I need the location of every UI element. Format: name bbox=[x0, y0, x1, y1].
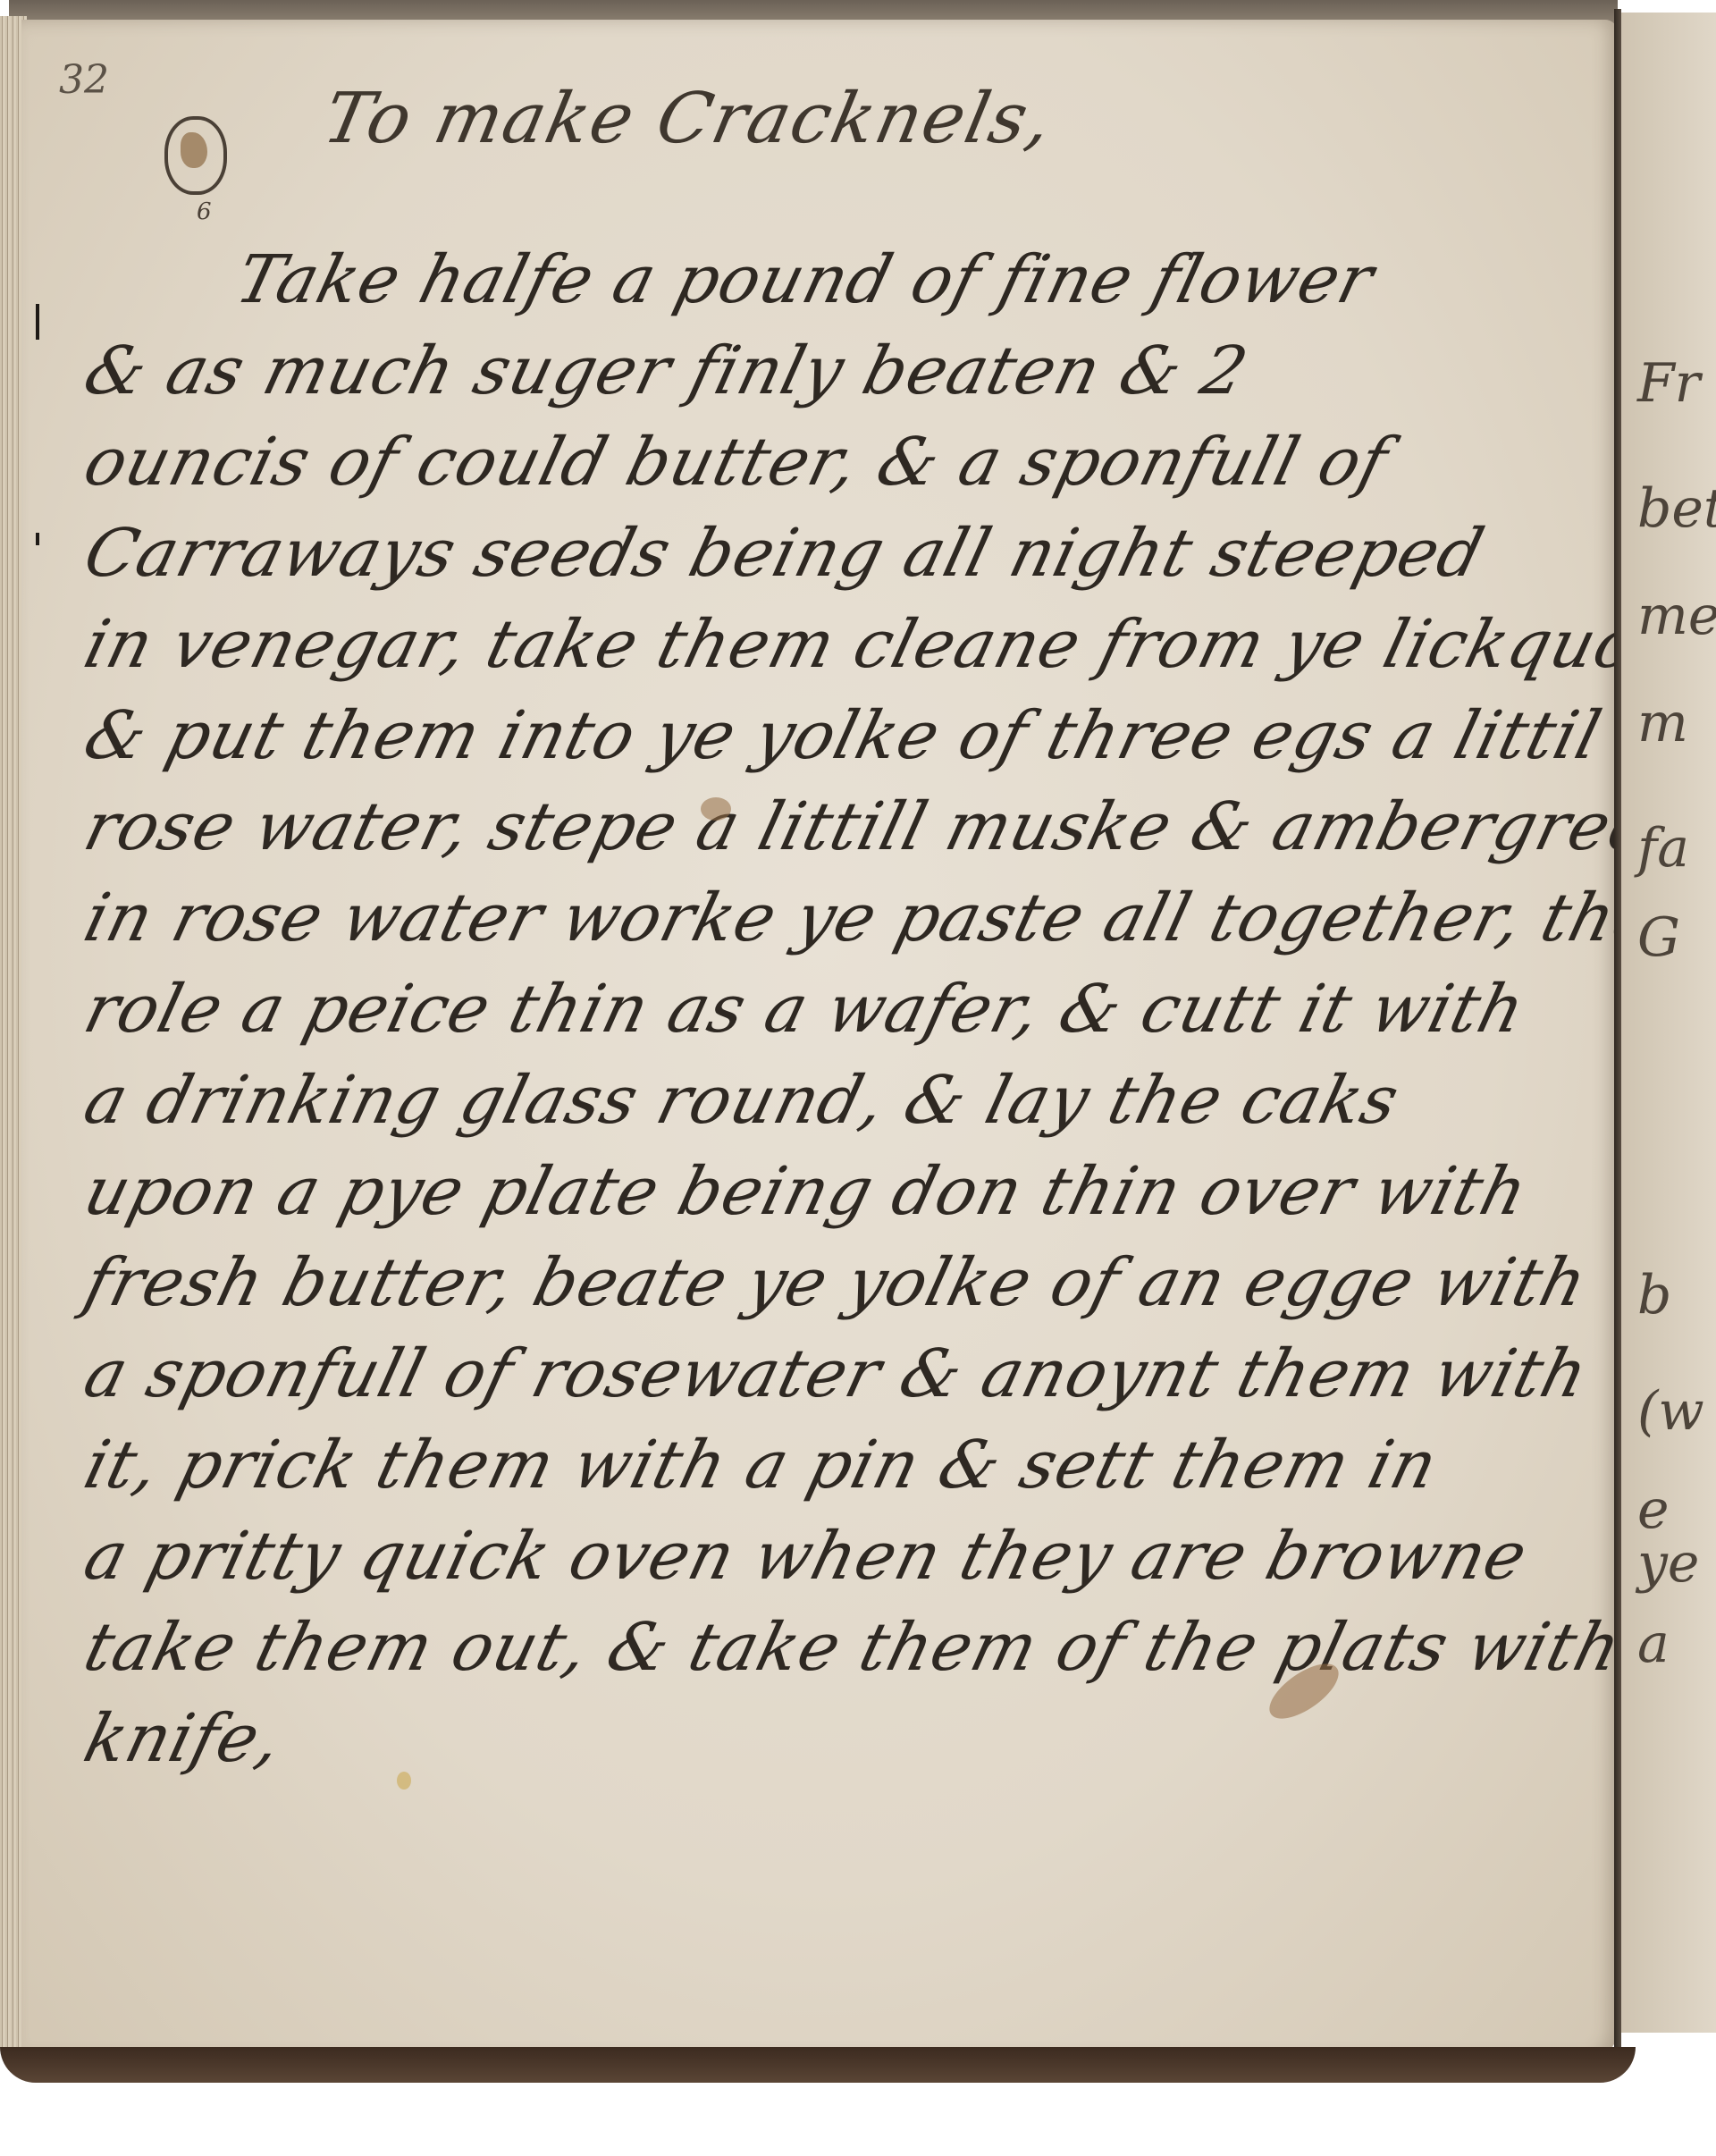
facing-text-fragment: ye bbox=[1637, 1532, 1699, 1595]
book-gutter bbox=[1614, 9, 1621, 2056]
book-cover-bottom-edge bbox=[0, 2047, 1636, 2156]
stain bbox=[397, 1772, 411, 1790]
text-line: Carraways seeds being all night steeped bbox=[75, 508, 1644, 599]
facing-text-fragment: Fr bbox=[1637, 352, 1700, 415]
facing-text-fragment: G bbox=[1637, 906, 1680, 969]
facing-text-fragment: bet bbox=[1637, 477, 1716, 540]
margin-mark bbox=[36, 533, 39, 545]
facing-text-fragment: m bbox=[1637, 692, 1688, 754]
marginal-note: 6 bbox=[197, 198, 212, 225]
text-line: upon a pye plate being don thin over wit… bbox=[75, 1146, 1644, 1237]
text-line: fresh butter, beate ye yolke of an egge … bbox=[75, 1237, 1644, 1328]
stain bbox=[701, 797, 731, 821]
manuscript-page: 32 6 To make Cracknels, Take halfe a pou… bbox=[21, 20, 1618, 2058]
text-line: take them out, & take them of the plats … bbox=[75, 1602, 1644, 1693]
text-line: knife, bbox=[75, 1693, 1644, 1784]
text-line: in venegar, take them cleane from ye lic… bbox=[75, 599, 1644, 690]
text-line: rose water, stepe a littill muske & ambe… bbox=[75, 781, 1644, 872]
text-line: Take halfe a pound of fine flower bbox=[75, 234, 1644, 325]
facing-text-fragment: a bbox=[1637, 1613, 1670, 1675]
margin-mark bbox=[36, 304, 39, 340]
facing-text-fragment: (w bbox=[1637, 1380, 1704, 1443]
recipe-body: Take halfe a pound of fine flower & as m… bbox=[75, 234, 1621, 1784]
text-line: in rose water worke ye paste all togethe… bbox=[75, 872, 1644, 964]
ink-blot bbox=[181, 132, 207, 168]
book-spread: 32 6 To make Cracknels, Take halfe a pou… bbox=[0, 0, 1716, 2156]
marginal-circle-mark bbox=[164, 116, 227, 195]
facing-text-fragment: fa bbox=[1637, 817, 1689, 880]
text-line: a sponfull of rosewater & anoynt them wi… bbox=[75, 1328, 1644, 1419]
facing-page: Fr bet me m fa G b (w e ye a bbox=[1621, 13, 1716, 2033]
text-line: it, prick them with a pin & sett them in bbox=[75, 1419, 1644, 1511]
text-line: & as much suger finly beaten & 2 bbox=[75, 325, 1644, 417]
text-line: & put them into ye yolke of three egs a … bbox=[75, 690, 1644, 781]
text-line: ouncis of could butter, & a sponfull of bbox=[75, 417, 1644, 508]
binding-edge bbox=[0, 2047, 1636, 2083]
page-number: 32 bbox=[59, 57, 109, 103]
text-line: a drinking glass round, & lay the caks bbox=[75, 1055, 1644, 1146]
facing-text-fragment: b bbox=[1637, 1264, 1671, 1326]
facing-text-fragment: me bbox=[1637, 585, 1716, 647]
recipe-title: To make Cracknels, bbox=[316, 79, 1060, 159]
text-line: role a peice thin as a wafer, & cutt it … bbox=[75, 964, 1644, 1055]
text-line: a pritty quick oven when they are browne bbox=[75, 1511, 1644, 1602]
